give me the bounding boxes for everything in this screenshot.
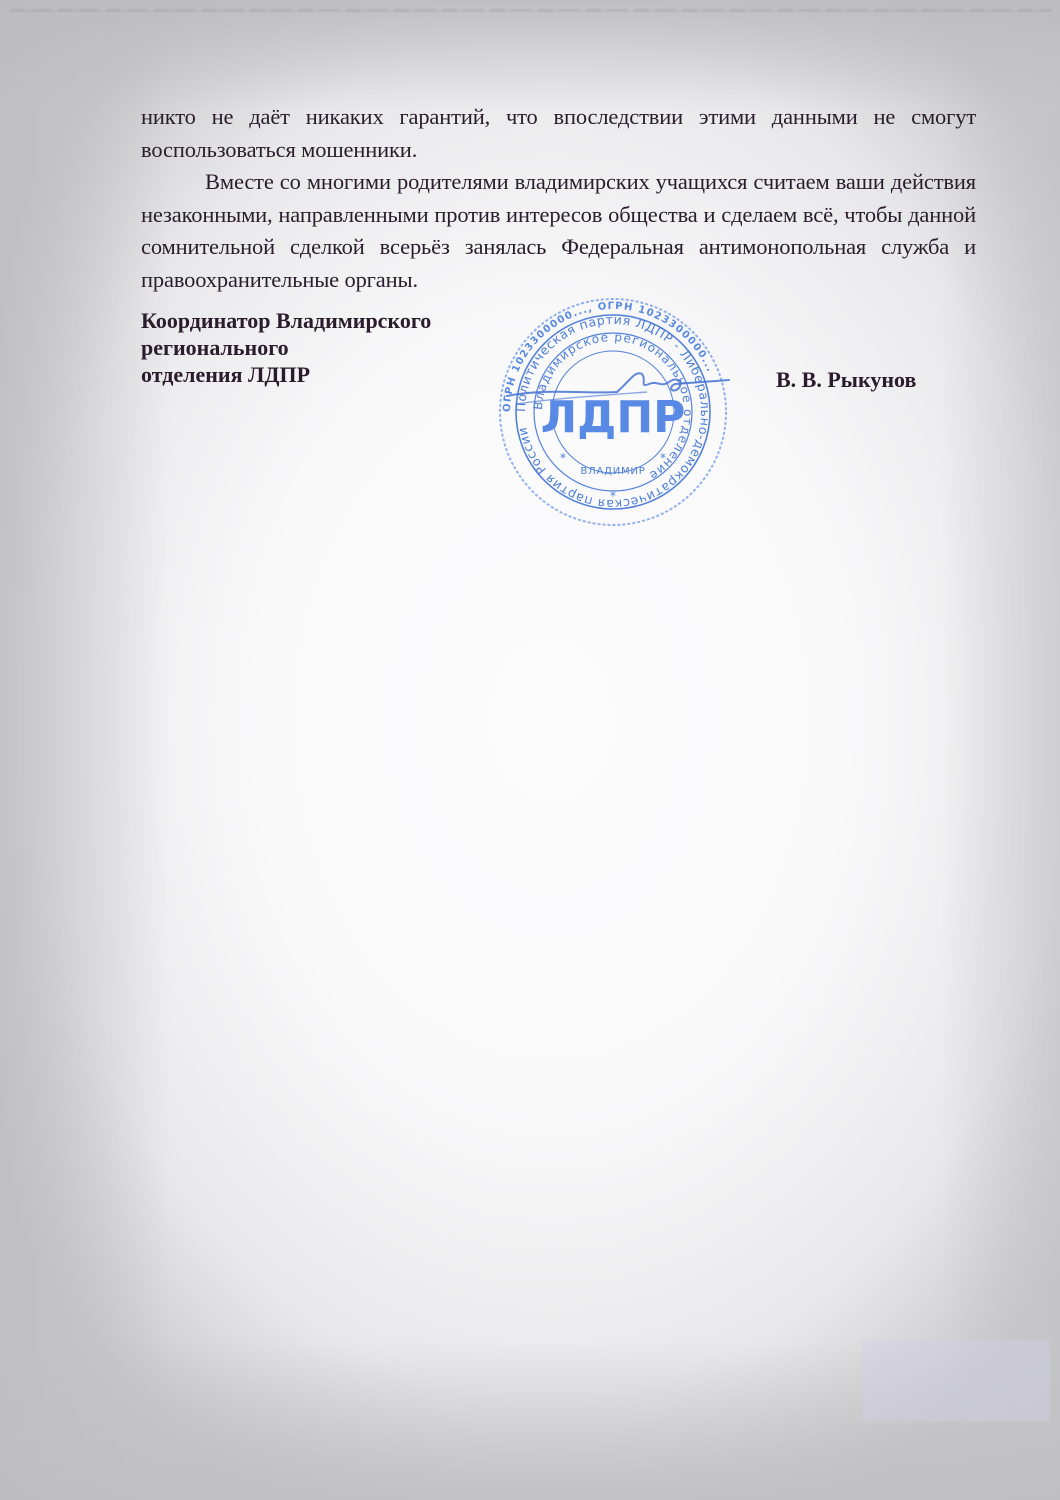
signature-title: Координатор Владимирского регионального … [141, 307, 431, 388]
signatory-name: В. В. Рыкунов [776, 366, 916, 393]
document-page: никто не даёт никаких гарантий, что впос… [0, 0, 1060, 1500]
stamp-star-icon: * [610, 489, 616, 503]
stamp-city: ВЛАДИМИР [580, 466, 645, 477]
stamp-star-icon: * [660, 451, 666, 465]
paragraph-continuation: никто не даёт никаких гарантий, что впос… [141, 101, 976, 166]
scan-streak [10, 9, 1052, 12]
signature-title-line: Координатор Владимирского [141, 307, 431, 334]
stamp-star-icon: * [560, 451, 566, 465]
signature-title-line: регионального [141, 334, 431, 361]
ink-smudge [862, 1340, 1050, 1422]
paragraph-text: Вместе со многими родителями владимирски… [141, 166, 976, 296]
stamp-center-logo: ЛДПР [541, 392, 686, 443]
paragraph-main: Вместе со многими родителями владимирски… [141, 166, 976, 296]
paragraph-text: никто не даёт никаких гарантий, что впос… [141, 101, 976, 166]
official-stamp: ОГРН 1023300000..., ОГРН 1023300000... П… [497, 296, 729, 528]
scan-shadow-top [0, 0, 1060, 110]
signature-title-line: отделения ЛДПР [141, 361, 431, 388]
stamp-seal-icon: ОГРН 1023300000..., ОГРН 1023300000... П… [497, 296, 729, 528]
